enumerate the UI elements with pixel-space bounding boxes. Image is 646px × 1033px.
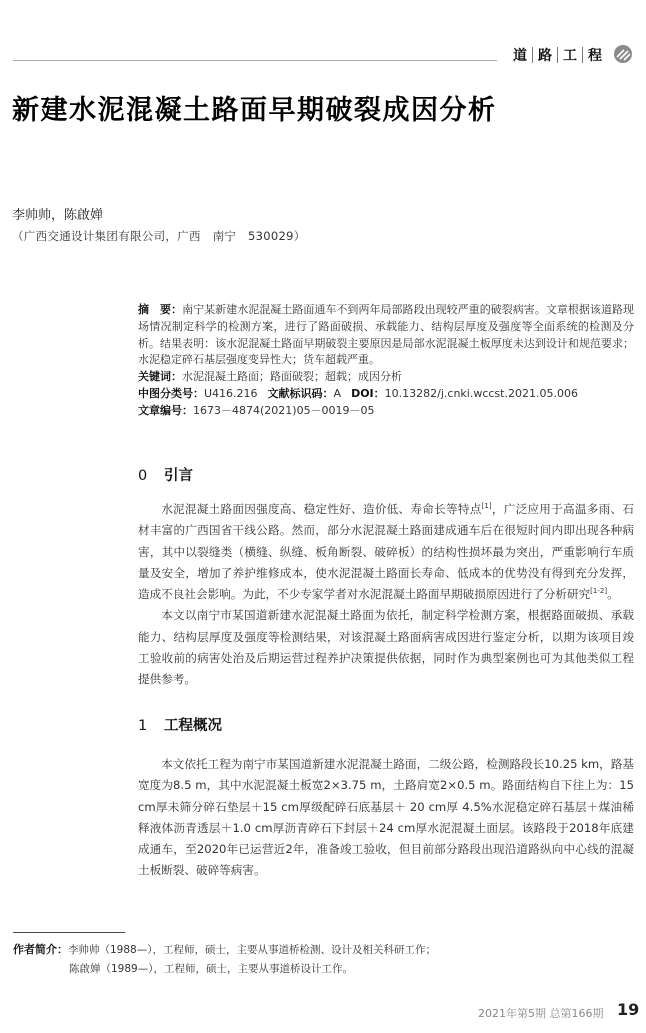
keywords-line: 关键词：水泥混凝土路面；路面破裂；超载；成因分析 <box>138 369 634 386</box>
paragraph: 本文以南宁市某国道新建水泥混凝土路面为依托，制定科学检测方案，根据路面破损、承载… <box>138 605 634 690</box>
abstract-label: 摘 要： <box>138 303 182 316</box>
page-number: 19 <box>617 1000 639 1019</box>
section-heading-introduction: 0引言 <box>138 464 193 485</box>
section-heading-project-overview: 1工程概况 <box>138 714 222 735</box>
section-title: 工程概况 <box>164 718 222 734</box>
issue-info: 2021年第5期 总第166期 <box>478 1005 604 1021</box>
keywords-label: 关键词： <box>138 370 182 383</box>
clc-value: U416.216 <box>204 387 258 400</box>
project-overview-body: 本文依托工程为南宁市某国道新建水泥混凝土路面，二级公路，检测路段长10.25 k… <box>138 754 634 882</box>
abstract-text: 南宁某新建水泥混凝土路面通车不到两年局部路段出现较严重的破裂病害。文章根据该道路… <box>138 303 634 366</box>
citation: [1] <box>482 502 492 510</box>
footnote-text: 李帅帅（1988—），工程师，硕士，主要从事道桥检测、设计及相关科研工作； <box>68 944 436 956</box>
text-span: 。 <box>607 587 619 601</box>
journal-logo-icon <box>614 45 632 63</box>
journal-char: 程 <box>583 45 607 65</box>
journal-char: 道 <box>508 45 532 65</box>
journal-name: 道 路 工 程 <box>508 44 607 66</box>
doi-value: 10.13282/j.cnki.wccst.2021.05.006 <box>385 387 578 400</box>
citation: [1-2] <box>590 587 607 595</box>
author-list: 李帅帅，陈啟婵 <box>12 204 103 223</box>
doc-code-value: A <box>334 387 342 400</box>
article-number-value: 1673－4874(2021)05－0019－05 <box>193 404 375 417</box>
footnote-line: 陈啟婵（1989—），工程师，硕士，主要从事道桥设计工作。 <box>13 960 436 979</box>
affiliation: （广西交通设计集团有限公司，广西 南宁 530029） <box>12 228 306 244</box>
footnote-label: 作者简介： <box>13 943 68 956</box>
text-span: ，广泛应用于高温多雨、石材丰富的广西国省干线公路。然而，部分水泥混凝土路面建成通… <box>138 502 634 601</box>
paragraph: 本文依托工程为南宁市某国道新建水泥混凝土路面，二级公路，检测路段长10.25 k… <box>138 754 634 882</box>
abstract: 摘 要：南宁某新建水泥混凝土路面通车不到两年局部路段出现较严重的破裂病害。文章根… <box>138 302 634 369</box>
classification-line: 中图分类号：U416.216文献标识码：ADOI：10.13282/j.cnki… <box>138 386 634 403</box>
section-number: 0 <box>138 468 164 484</box>
text-span: 水泥混凝土路面因强度高、稳定性好、造价低、寿命长等特点 <box>161 502 481 516</box>
journal-char: 路 <box>533 45 557 65</box>
article-number-line: 文章编号：1673－4874(2021)05－0019－05 <box>138 403 634 420</box>
paragraph: 水泥混凝土路面因强度高、稳定性好、造价低、寿命长等特点[1]，广泛应用于高温多雨… <box>138 499 634 605</box>
doc-code-label: 文献标识码： <box>268 387 334 400</box>
clc-label: 中图分类号： <box>138 387 204 400</box>
section-title: 引言 <box>164 468 193 484</box>
article-title: 新建水泥混凝土路面早期破裂成因分析 <box>12 88 497 127</box>
author-bio-footnote: 作者简介：李帅帅（1988—），工程师，硕士，主要从事道桥检测、设计及相关科研工… <box>13 940 436 979</box>
article-number-label: 文章编号： <box>138 404 193 417</box>
header-rule <box>13 60 497 61</box>
doi-label: DOI： <box>351 387 385 400</box>
keywords: 水泥混凝土路面；路面破裂；超载；成因分析 <box>182 370 402 383</box>
section-number: 1 <box>138 718 164 734</box>
journal-char: 工 <box>558 45 582 65</box>
abstract-block: 摘 要：南宁某新建水泥混凝土路面通车不到两年局部路段出现较严重的破裂病害。文章根… <box>138 302 634 420</box>
footnote-line: 作者简介：李帅帅（1988—），工程师，硕士，主要从事道桥检测、设计及相关科研工… <box>13 940 436 960</box>
footnote-rule <box>13 932 125 933</box>
introduction-body: 水泥混凝土路面因强度高、稳定性好、造价低、寿命长等特点[1]，广泛应用于高温多雨… <box>138 499 634 691</box>
